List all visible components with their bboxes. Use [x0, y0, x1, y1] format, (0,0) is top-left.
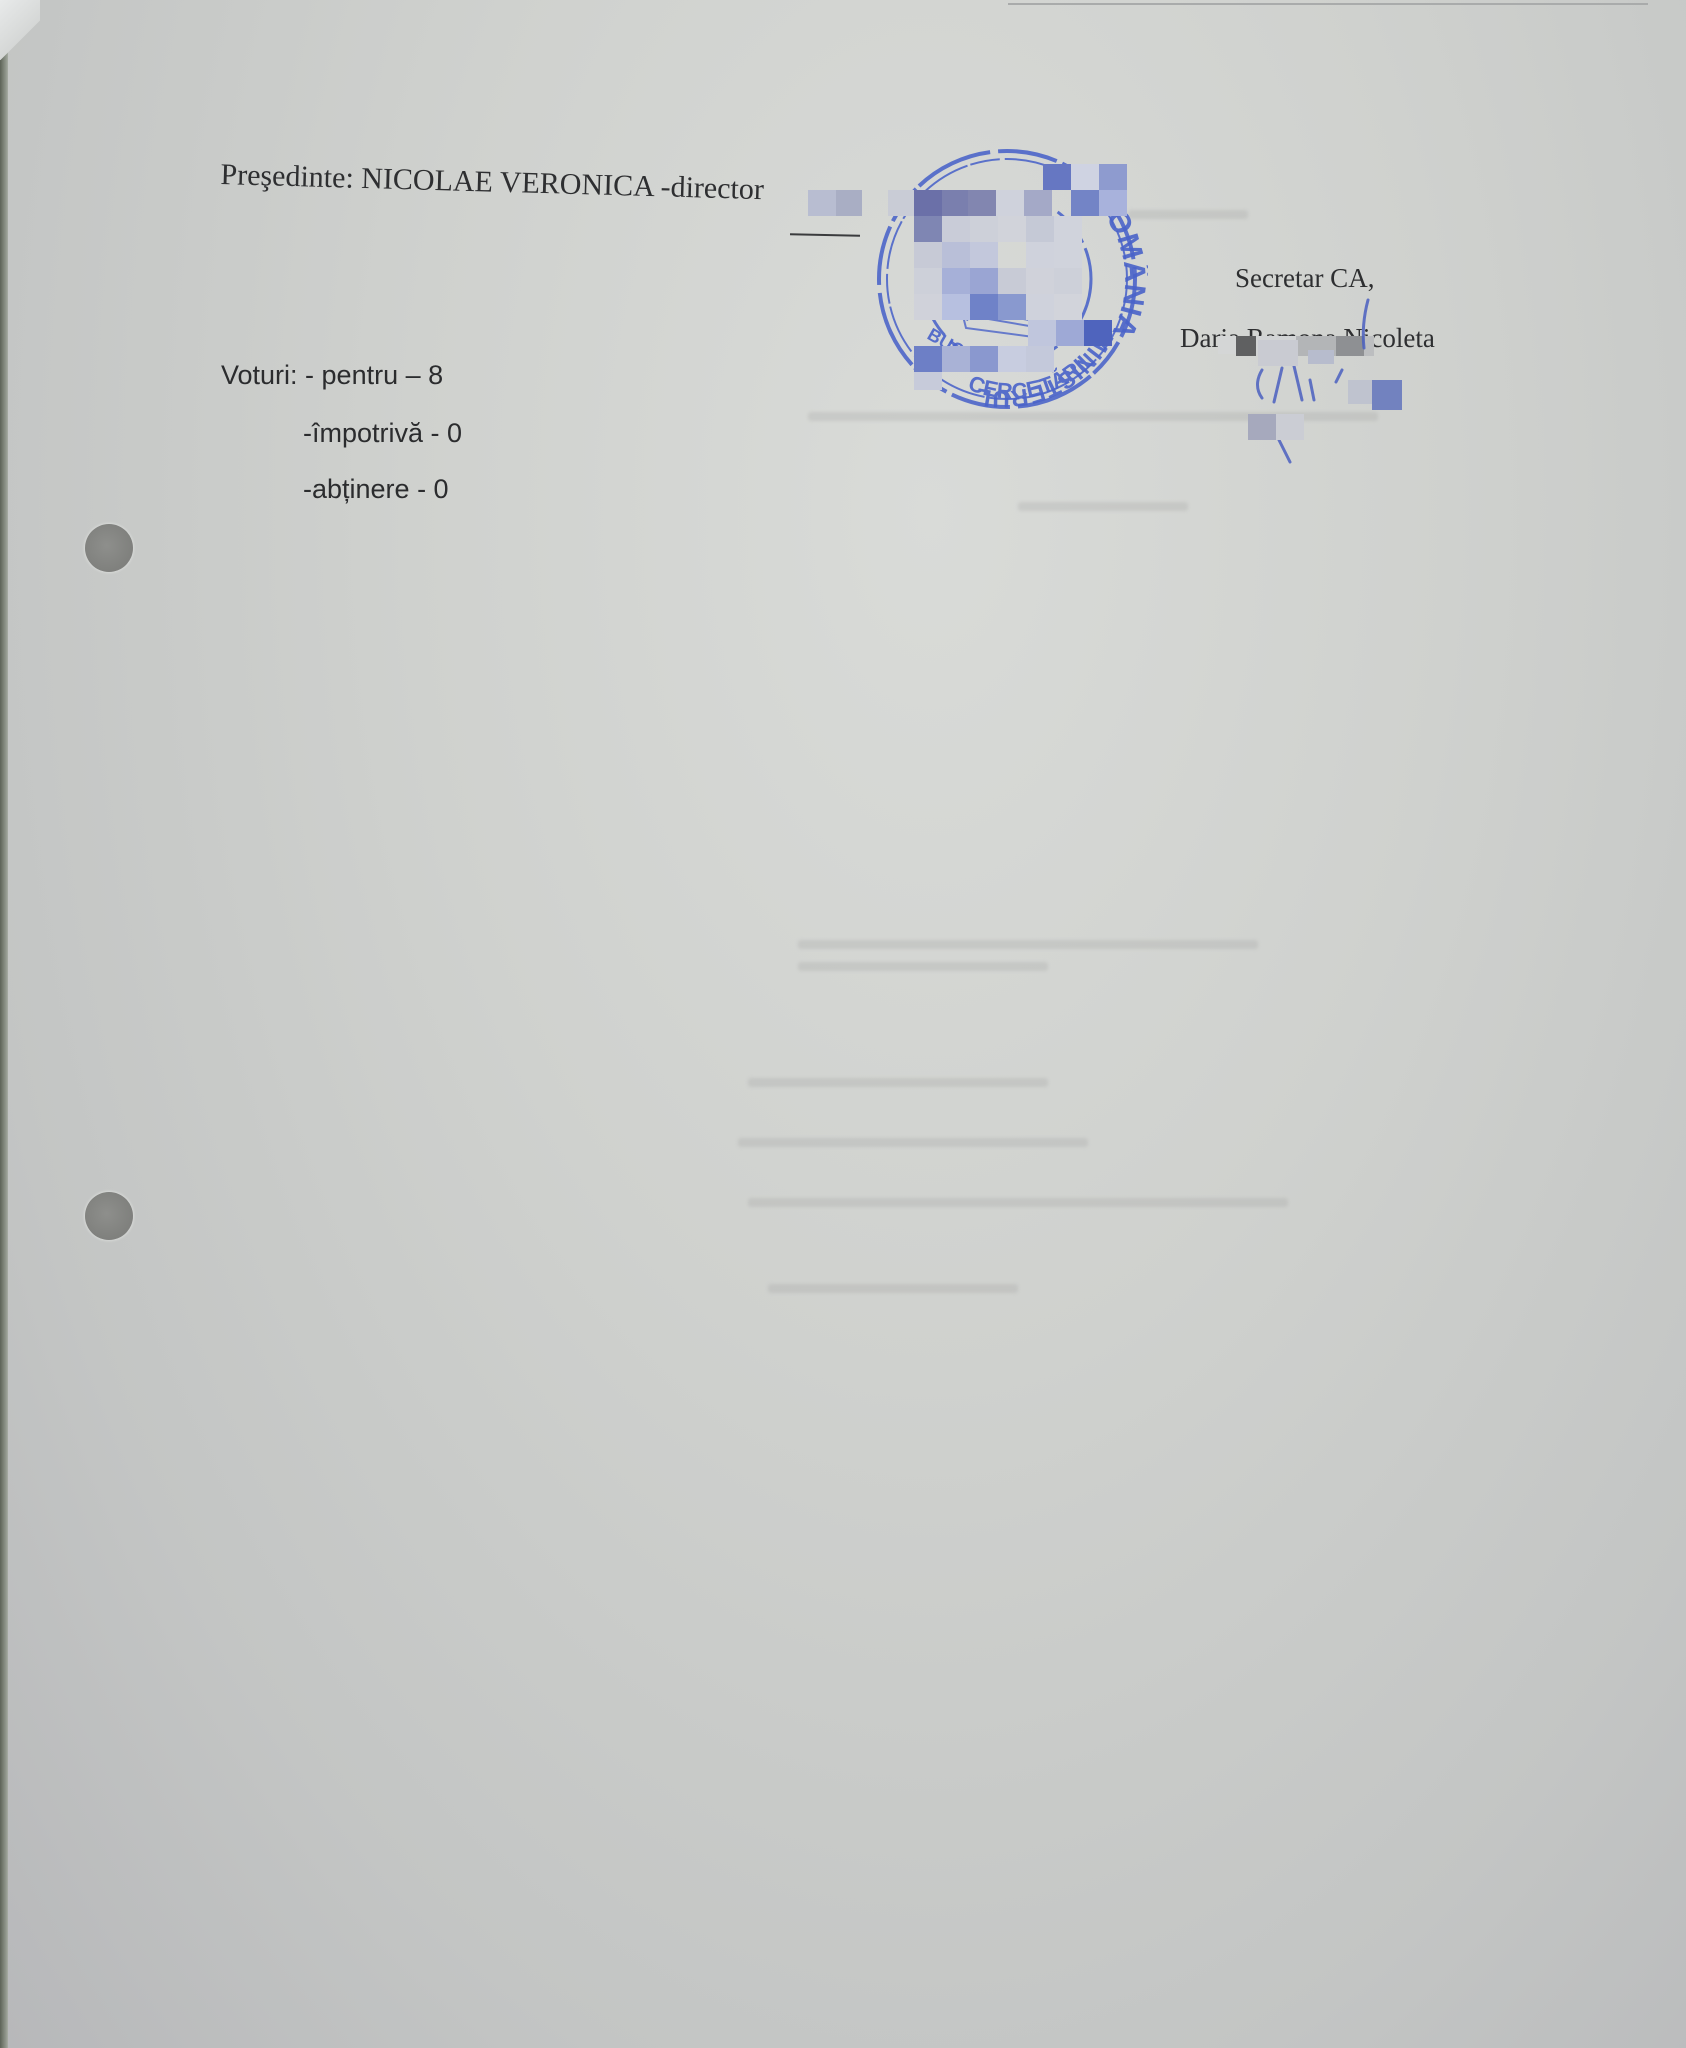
punch-hole	[85, 524, 133, 572]
president-line: Preşedinte: NICOLAE VERONICA -director	[220, 158, 764, 207]
votes-abstain: -abținere - 0	[303, 474, 449, 505]
votes-for: Voturi: - pentru – 8	[221, 360, 443, 391]
votes-against: -împotrivă - 0	[303, 418, 462, 449]
punch-hole	[85, 1192, 133, 1240]
signature-line	[790, 233, 860, 236]
document-page: Preşedinte: NICOLAE VERONICA -director V…	[8, 0, 1686, 2048]
